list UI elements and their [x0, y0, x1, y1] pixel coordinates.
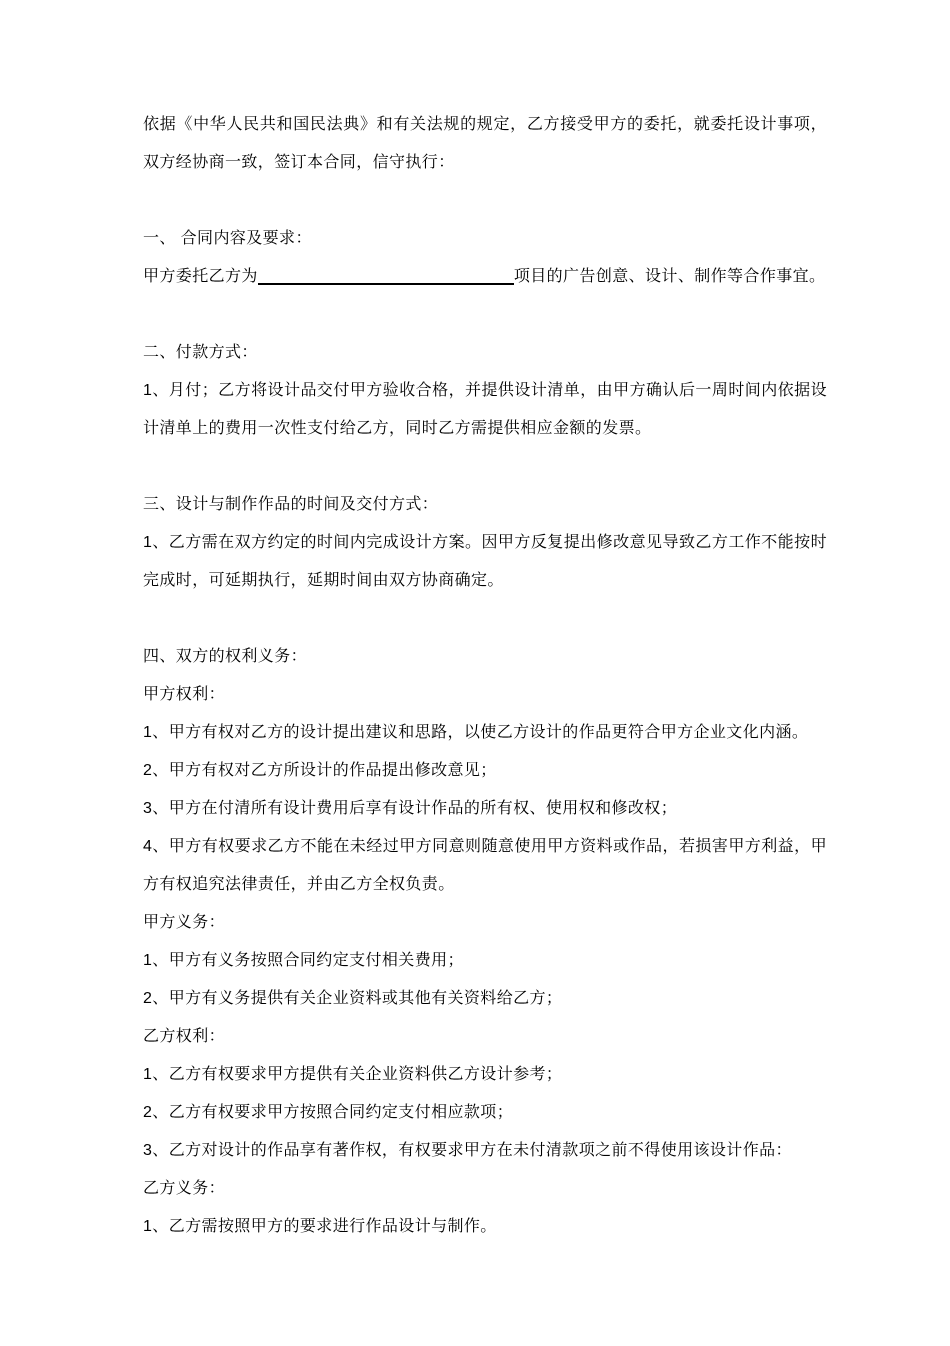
section-1-entrust-clause: 甲方委托乙方为项目的广告创意、设计、制作等合作事宜。 [143, 258, 827, 296]
document-page: 依据《中华人民共和国民法典》和有关法规的规定，乙方接受甲方的委托，就委托设计事项… [0, 0, 950, 1346]
section-3-heading: 三、设计与制作作品的时间及交付方式： [143, 486, 827, 524]
contract-body: 依据《中华人民共和国民法典》和有关法规的规定，乙方接受甲方的委托，就委托设计事项… [143, 106, 827, 1246]
party-a-rights-item-2: 2、甲方有权对乙方所设计的作品提出修改意见； [143, 752, 827, 790]
entrust-clause-prefix: 甲方委托乙方为 [143, 268, 258, 285]
section-4-heading: 四、双方的权利义务： [143, 638, 827, 676]
party-b-rights-item-2: 2、乙方有权要求甲方按照合同约定支付相应款项； [143, 1094, 827, 1132]
party-a-duties-item-2: 2、甲方有义务提供有关企业资料或其他有关资料给乙方； [143, 980, 827, 1018]
party-a-duties-label: 甲方义务： [143, 904, 827, 942]
section-3-paragraph: 1、乙方需在双方约定的时间内完成设计方案。因甲方反复提出修改意见导致乙方工作不能… [143, 524, 827, 600]
preamble-paragraph: 依据《中华人民共和国民法典》和有关法规的规定，乙方接受甲方的委托，就委托设计事项… [143, 106, 827, 182]
party-b-rights-item-1: 1、乙方有权要求甲方提供有关企业资料供乙方设计参考； [143, 1056, 827, 1094]
section-2-paragraph: 1、月付；乙方将设计品交付甲方验收合格，并提供设计清单，由甲方确认后一周时间内依… [143, 372, 827, 448]
party-a-rights-item-4: 4、甲方有权要求乙方不能在未经过甲方同意则随意使用甲方资料或作品，若损害甲方利益… [143, 828, 827, 904]
party-b-rights-label: 乙方权利： [143, 1018, 827, 1056]
party-b-duties-label: 乙方义务： [143, 1170, 827, 1208]
entrust-clause-suffix: 项目的广告创意、设计、制作等合作事宜。 [514, 268, 826, 285]
party-b-duties-item-1: 1、乙方需按照甲方的要求进行作品设计与制作。 [143, 1208, 827, 1246]
party-b-rights-item-3: 3、乙方对设计的作品享有著作权，有权要求甲方在未付清款项之前不得使用该设计作品： [143, 1132, 827, 1170]
party-a-duties-item-1: 1、甲方有义务按照合同约定支付相关费用； [143, 942, 827, 980]
section-2-heading: 二、付款方式： [143, 334, 827, 372]
section-1-heading: 一、 合同内容及要求： [143, 220, 827, 258]
fill-in-blank[interactable] [258, 283, 514, 285]
party-a-rights-item-3: 3、甲方在付清所有设计费用后享有设计作品的所有权、使用权和修改权； [143, 790, 827, 828]
party-a-rights-item-1: 1、甲方有权对乙方的设计提出建议和思路，以使乙方设计的作品更符合甲方企业文化内涵… [143, 714, 827, 752]
party-a-rights-label: 甲方权利： [143, 676, 827, 714]
